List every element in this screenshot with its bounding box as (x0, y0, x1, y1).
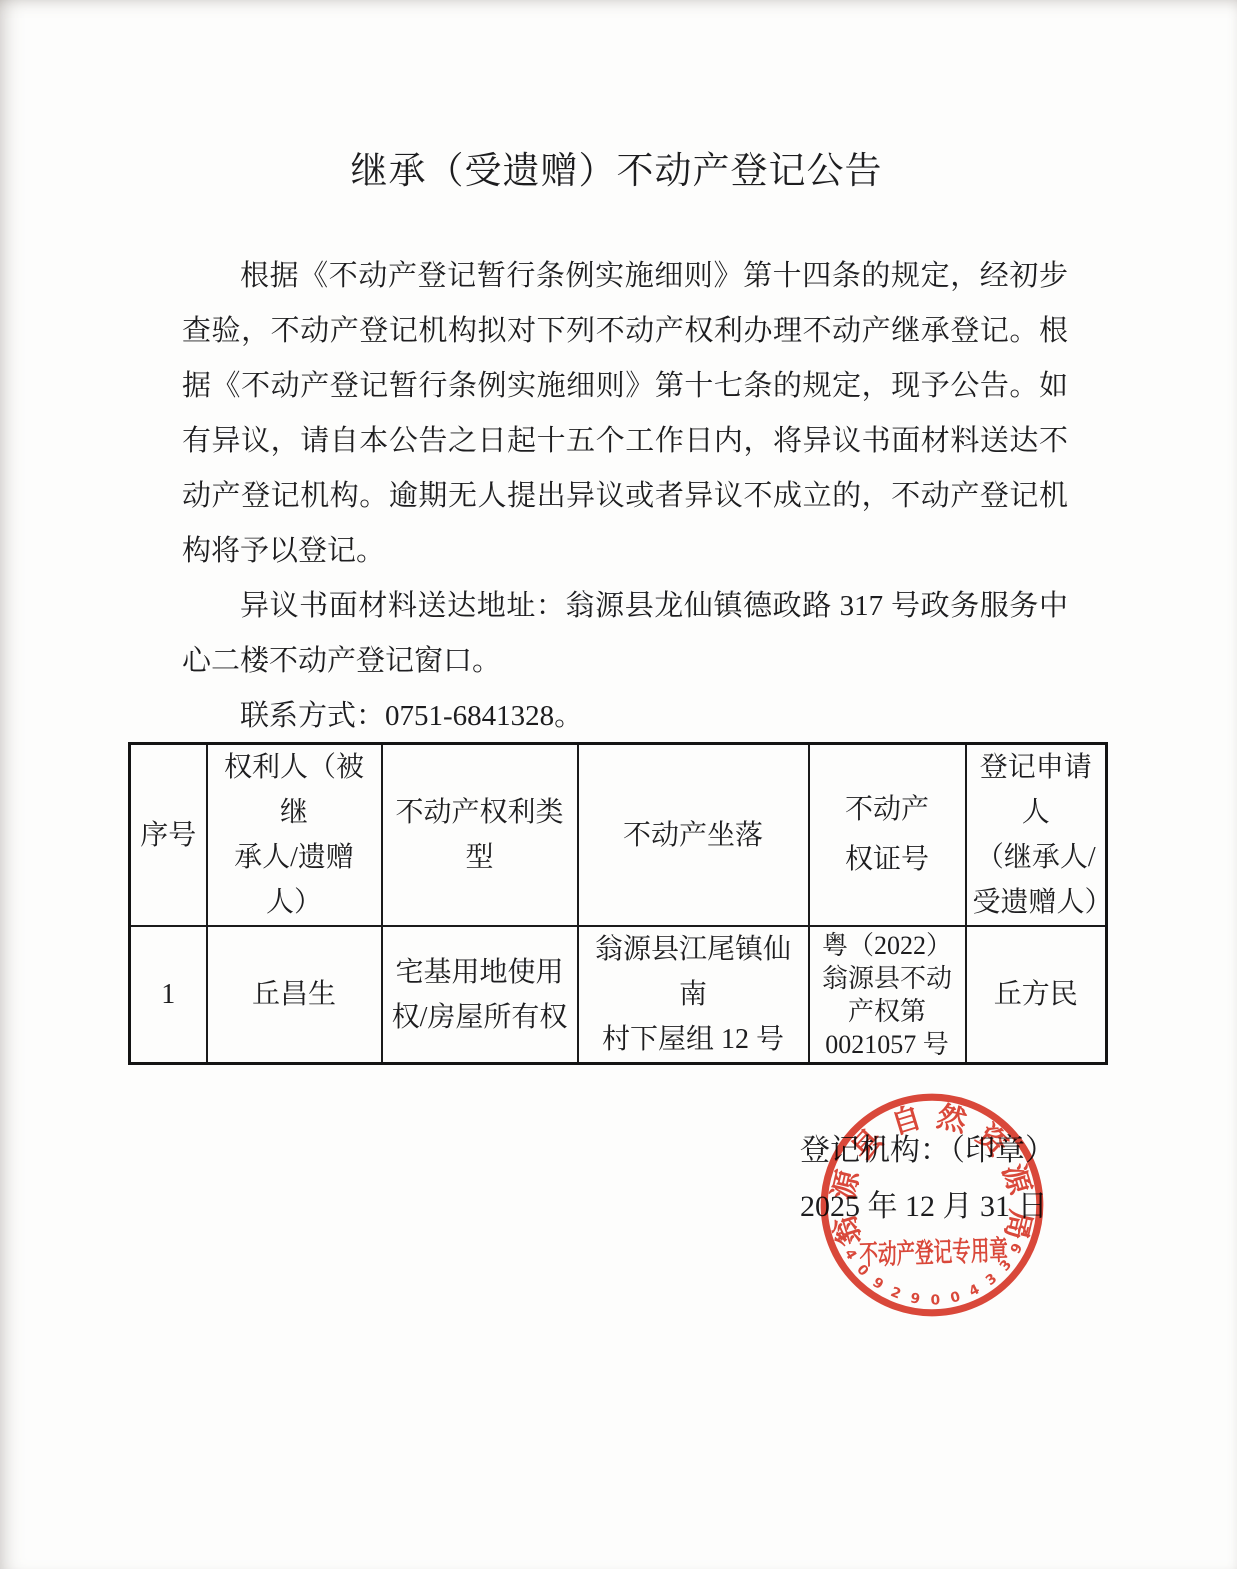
svg-text:4: 4 (967, 1281, 983, 1300)
header-seq: 序号 (130, 744, 207, 927)
page-title: 继承（受遗赠）不动产登记公告 (128, 140, 1105, 194)
cell-seq: 1 (130, 926, 207, 1064)
svg-text:9: 9 (1008, 1241, 1027, 1257)
stamp-center-text: 不动产登记专用章 (859, 1234, 1008, 1270)
header-location: 不动产坐落 (578, 744, 809, 927)
svg-text:0: 0 (949, 1289, 962, 1307)
announcement-body: 根据《不动产登记暂行条例实施细则》第十四条的规定，经初步查验，不动产登记机构拟对… (182, 249, 1068, 744)
header-rights-holder: 权利人（被继 承人/遗赠人） (207, 744, 382, 927)
svg-text:2: 2 (888, 1284, 903, 1302)
cell-cert-number: 粤（2022） 翁源县不动 产权第 0021057 号 (809, 926, 966, 1064)
cell-location: 翁源县江尾镇仙南 村下屋组 12 号 (578, 926, 809, 1064)
header-applicant: 登记申请人 （继承人/ 受遗赠人） (966, 744, 1107, 927)
header-right-type: 不动产权利类 型 (382, 744, 578, 927)
stamp-ring-text: 翁源县自然资源局 (824, 1097, 1039, 1250)
header-cert-number: 不动产 权证号 (809, 744, 966, 927)
paragraph-regulation: 根据《不动产登记暂行条例实施细则》第十四条的规定，经初步查验，不动产登记机构拟对… (182, 249, 1068, 579)
cell-rights-holder: 丘昌生 (207, 926, 382, 1064)
table-row: 1 丘昌生 宅基用地使用 权/房屋所有权 翁源县江尾镇仙南 村下屋组 12 号 … (130, 926, 1107, 1064)
announcement-table: 序号 权利人（被继 承人/遗赠人） 不动产权利类 型 不动产坐落 不动产 权证号… (128, 742, 1108, 1065)
cell-right-type: 宅基用地使用 权/房屋所有权 (382, 926, 578, 1064)
svg-text:0: 0 (930, 1292, 940, 1308)
svg-text:然: 然 (934, 1100, 971, 1139)
paragraph-objection-address: 异议书面材料送达地址：翁源县龙仙镇德政路 317 号政务服务中心二楼不动产登记窗… (182, 579, 1068, 689)
document-page: 继承（受遗赠）不动产登记公告 根据《不动产登记暂行条例实施细则》第十四条的规定，… (0, 0, 1237, 1569)
registration-stamp-icon: 翁源县自然资源局 不动产登记专用章 4409290043392 (808, 1081, 1056, 1329)
stamp-ring (821, 1094, 1044, 1317)
paragraph-contact: 联系方式：0751-6841328。 (182, 689, 1068, 744)
cell-applicant: 丘方民 (966, 926, 1107, 1064)
svg-text:9: 9 (909, 1290, 921, 1307)
table-header-row: 序号 权利人（被继 承人/遗赠人） 不动产权利类 型 不动产坐落 不动产 权证号… (130, 744, 1107, 927)
svg-text:4: 4 (841, 1246, 860, 1262)
svg-text:源: 源 (827, 1167, 866, 1204)
